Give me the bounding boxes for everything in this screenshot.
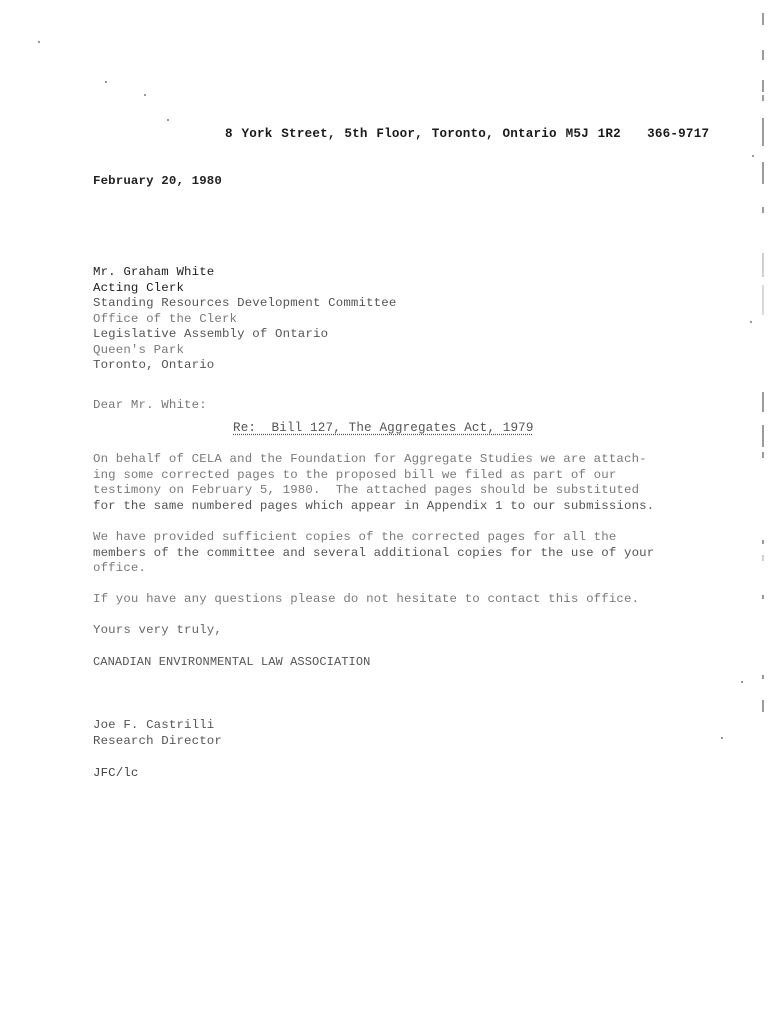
scan-speck: [752, 155, 754, 157]
paragraph-2-line-3: office.: [93, 561, 654, 577]
recipient-office: Office of the Clerk: [93, 312, 396, 328]
edge-mark: [762, 162, 764, 184]
recipient-title: Acting Clerk: [93, 281, 396, 297]
paragraph-1-line-4: for the same numbered pages which appear…: [93, 499, 654, 515]
recipient-assembly: Legislative Assembly of Ontario: [93, 327, 396, 343]
edge-mark: [762, 392, 764, 412]
organization-name: CANADIAN ENVIRONMENTAL LAW ASSOCIATION: [93, 655, 370, 671]
reference-initials: JFC/lc: [93, 766, 139, 782]
scan-speck: [741, 681, 743, 683]
salutation: Dear Mr. White:: [93, 398, 207, 414]
scan-speck: [721, 737, 723, 739]
scan-speck: [105, 81, 107, 83]
scan-speck: [167, 119, 169, 121]
letter-page: 8 York Street, 5th Floor, Toronto, Ontar…: [0, 0, 769, 1024]
edge-mark: [762, 13, 764, 25]
recipient-name: Mr. Graham White: [93, 265, 396, 281]
paragraph-1-line-3: testimony on February 5, 1980. The attac…: [93, 483, 654, 499]
letterhead-address: 8 York Street, 5th Floor, Toronto, Ontar…: [225, 127, 709, 143]
body-paragraph-3: If you have any questions please do not …: [93, 592, 639, 608]
letter-date: February 20, 1980: [93, 174, 222, 190]
paragraph-2-line-1: We have provided sufficient copies of th…: [93, 530, 654, 546]
signatory-name: Joe F. Castrilli: [93, 718, 222, 734]
signatory-title: Research Director: [93, 734, 222, 750]
closing: Yours very truly,: [93, 623, 222, 639]
scan-speck: [38, 41, 40, 43]
edge-mark: [762, 425, 764, 447]
edge-mark: [762, 95, 764, 101]
scan-speck: [750, 321, 752, 323]
paragraph-1-line-2: ing some corrected pages to the proposed…: [93, 468, 654, 484]
recipient-committee: Standing Resources Development Committee: [93, 296, 396, 312]
body-paragraph-2: We have provided sufficient copies of th…: [93, 530, 654, 577]
recipient-city: Toronto, Ontario: [93, 358, 396, 374]
edge-mark: [762, 555, 764, 561]
edge-mark: [762, 50, 764, 60]
edge-mark: [762, 700, 764, 712]
edge-mark: [762, 80, 764, 92]
recipient-building: Queen's Park: [93, 343, 396, 359]
paragraph-2-line-2: members of the committee and several add…: [93, 546, 654, 562]
edge-mark: [762, 452, 764, 458]
recipient-address-block: Mr. Graham White Acting Clerk Standing R…: [93, 265, 396, 374]
paragraph-1-line-1: On behalf of CELA and the Foundation for…: [93, 452, 654, 468]
edge-mark: [762, 207, 764, 213]
scan-speck: [144, 94, 146, 96]
signature-block: Joe F. Castrilli Research Director: [93, 718, 222, 749]
edge-mark: [762, 595, 764, 599]
edge-mark: [762, 118, 764, 146]
edge-mark: [762, 253, 764, 277]
subject-line: Re: Bill 127, The Aggregates Act, 1979: [233, 421, 534, 437]
body-paragraph-1: On behalf of CELA and the Foundation for…: [93, 452, 654, 514]
edge-mark: [762, 540, 764, 544]
edge-mark: [762, 675, 764, 679]
edge-mark: [762, 285, 764, 315]
